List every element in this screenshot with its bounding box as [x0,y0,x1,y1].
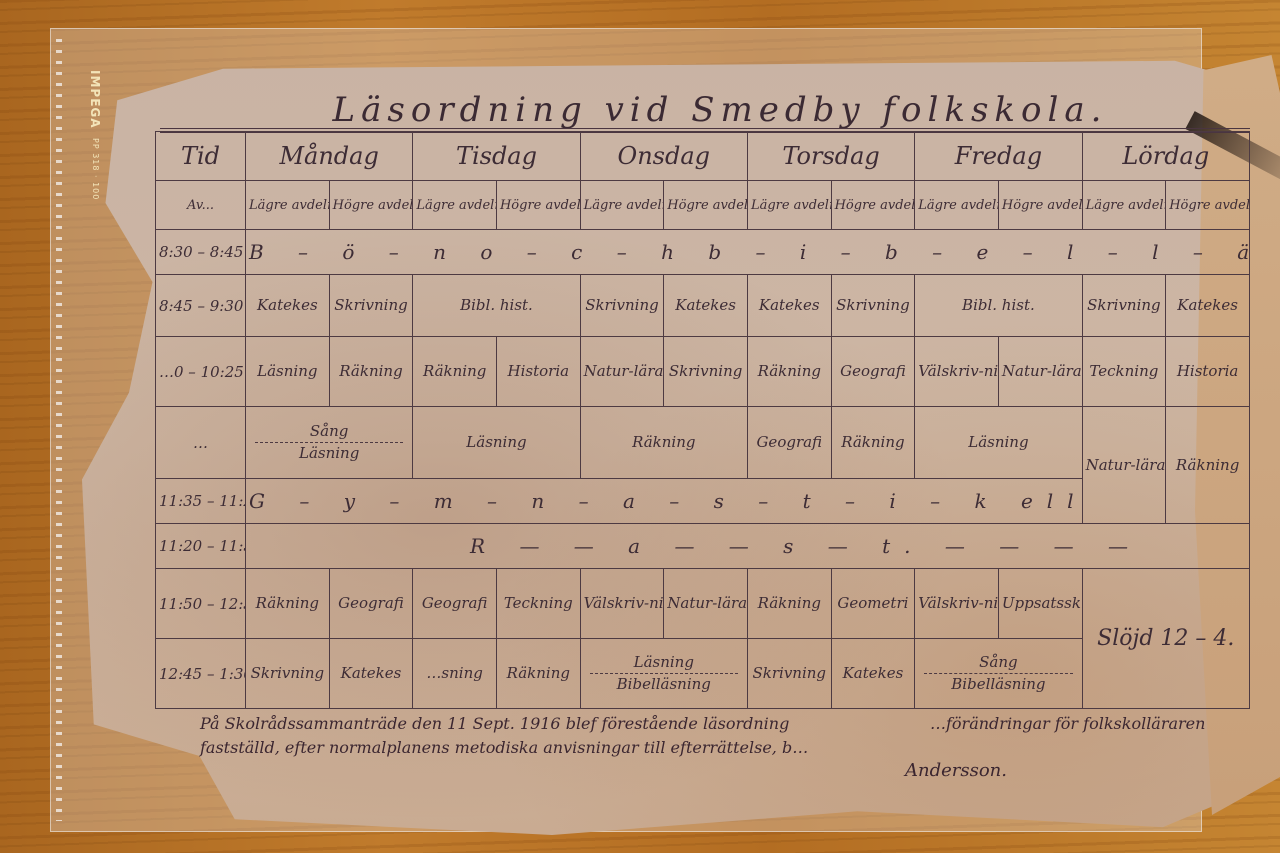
header-row-divisions: Av... Lägre avdeln. Högre avdeln. Lägre … [156,181,1250,230]
lesson-cell: Katekes [1166,275,1250,337]
division-header: Lägre avdeln. [246,181,330,230]
lesson-cell: Läsning [413,407,580,479]
lesson-cell: Räkning [747,337,831,407]
lesson-cell: Räkning [1166,407,1250,524]
lesson-cell: Välskriv-ning [915,337,999,407]
lesson-cell: Katekes [246,275,330,337]
division-header: Högre avdeln. [496,181,580,230]
lesson-cell: Geografi [831,337,915,407]
header-day-monday: Måndag [246,132,413,181]
lesson-cell: Skrivning [831,275,915,337]
table-row: 8:30 – 8:45 B – ö – n o – c – h b – i – … [156,230,1250,275]
lesson-cell: Räkning [747,569,831,639]
lesson-cell: Natur-lära [998,337,1082,407]
division-header: Lägre avdeln. [580,181,664,230]
footnote-right: …förändringar för folkskolläraren [930,712,1260,736]
division-header: Lägre avdeln. [915,181,999,230]
lesson-cell-split: Läsning Bibelläsning [580,639,747,709]
division-header: Högre avdeln. [329,181,413,230]
lesson-cell: Räkning [831,407,915,479]
header-time-sub: Av... [156,181,246,230]
table-row: 11:50 – 12:35 Räkning Geografi Geografi … [156,569,1250,639]
time-cell: 12:45 – 1:30 [156,639,246,709]
division-header: Högre avdeln. [1166,181,1250,230]
footnote-left: På Skolrådssammanträde den 11 Sept. 1916… [200,712,830,760]
header-day-wednesday: Onsdag [580,132,747,181]
division-header: Lägre avdeln. [747,181,831,230]
time-cell: 8:45 – 9:30 [156,275,246,337]
lesson-cell: Geografi [329,569,413,639]
lesson-cell: Välskriv-ning [580,569,664,639]
timetable: Tid Måndag Tisdag Onsdag Torsdag Fredag … [155,131,1250,709]
lesson-cell: Läsning [915,407,1082,479]
time-cell: 11:20 – 11:50 [156,524,246,569]
sleeve-brand-label: IMPEGA PP 318 · 100 [80,70,102,210]
lesson-cell: Historia [496,337,580,407]
signature: Andersson. [905,760,1007,781]
lesson-cell: Räkning [496,639,580,709]
lesson-cell: Skrivning [329,275,413,337]
lesson-cell: Välskriv-ning [915,569,999,639]
lesson-cell: Skrivning [664,337,748,407]
span-cell-break: R — — a — — s — t. — — — — [246,524,1250,569]
brand-subtext: PP 318 · 100 [91,138,100,200]
header-day-saturday: Lördag [1082,132,1249,181]
lesson-cell: Geometri [831,569,915,639]
header-day-tuesday: Tisdag [413,132,580,181]
header-day-friday: Fredag [915,132,1082,181]
lesson-cell: Uppsatsskriv-ning [998,569,1082,639]
division-header: Lägre avdeln. [413,181,497,230]
lesson-cell: Katekes [329,639,413,709]
time-cell: 11:35 – 11:20 [156,479,246,524]
lesson-cell: Geografi [747,407,831,479]
lesson-cell: Katekes [831,639,915,709]
lesson-cell: Geografi [413,569,497,639]
lesson-cell: Skrivning [246,639,330,709]
lesson-cell: Natur-lära [580,337,664,407]
lesson-cell: Katekes [747,275,831,337]
sleeve-perforations [56,39,62,821]
lesson-cell: Teckning [496,569,580,639]
lesson-cell: Teckning [1082,337,1166,407]
lesson-cell-split: Sång Läsning [246,407,413,479]
document-title: Läsordning vid Smedby folkskola. [260,90,1180,130]
lesson-cell: Historia [1166,337,1250,407]
lesson-top: Sång [255,423,403,443]
lesson-cell: Katekes [664,275,748,337]
lesson-cell: Läsning [246,337,330,407]
table-row: 8:45 – 9:30 Katekes Skrivning Bibl. hist… [156,275,1250,337]
time-cell: 8:30 – 8:45 [156,230,246,275]
span-cell-gymnastics: G – y – m – n – a – s – t – i – k eller … [246,479,1083,524]
lesson-cell: Skrivning [580,275,664,337]
lesson-top: Sång [924,654,1072,674]
header-day-thursday: Torsdag [747,132,914,181]
division-header: Högre avdeln. [998,181,1082,230]
lesson-cell: Räkning [246,569,330,639]
time-cell: … [156,407,246,479]
span-cell-prayer: B – ö – n o – c – h b – i – b – e – l – … [246,230,1250,275]
lesson-cell-slojd: Slöjd 12 – 4. [1082,569,1249,709]
lesson-cell: Räkning [580,407,747,479]
lesson-cell: Skrivning [747,639,831,709]
lesson-cell: Bibl. hist. [413,275,580,337]
lesson-bottom: Bibelläsning [918,674,1078,693]
division-header: Högre avdeln. [664,181,748,230]
lesson-bottom: Bibelläsning [584,674,744,693]
division-header: Högre avdeln. [831,181,915,230]
lesson-bottom: Läsning [249,443,409,462]
time-cell: 11:50 – 12:35 [156,569,246,639]
lesson-cell: Skrivning [1082,275,1166,337]
lesson-top: Läsning [590,654,738,674]
brand-text: IMPEGA [88,70,102,129]
table-row: 11:20 – 11:50 R — — a — — s — t. — — — — [156,524,1250,569]
division-header: Lägre avdeln. [1082,181,1166,230]
table-row: …0 – 10:25 Läsning Räkning Räkning Histo… [156,337,1250,407]
lesson-cell: Räkning [329,337,413,407]
lesson-cell: …sning [413,639,497,709]
lesson-cell-split: Sång Bibelläsning [915,639,1082,709]
lesson-cell: Natur-lära [664,569,748,639]
header-time: Tid [156,132,246,181]
lesson-cell: Räkning [413,337,497,407]
table-row: … Sång Läsning Läsning Räkning Geografi … [156,407,1250,479]
lesson-cell: Natur-lära [1082,407,1166,524]
time-cell: …0 – 10:25 [156,337,246,407]
lesson-cell: Bibl. hist. [915,275,1082,337]
header-row-days: Tid Måndag Tisdag Onsdag Torsdag Fredag … [156,132,1250,181]
